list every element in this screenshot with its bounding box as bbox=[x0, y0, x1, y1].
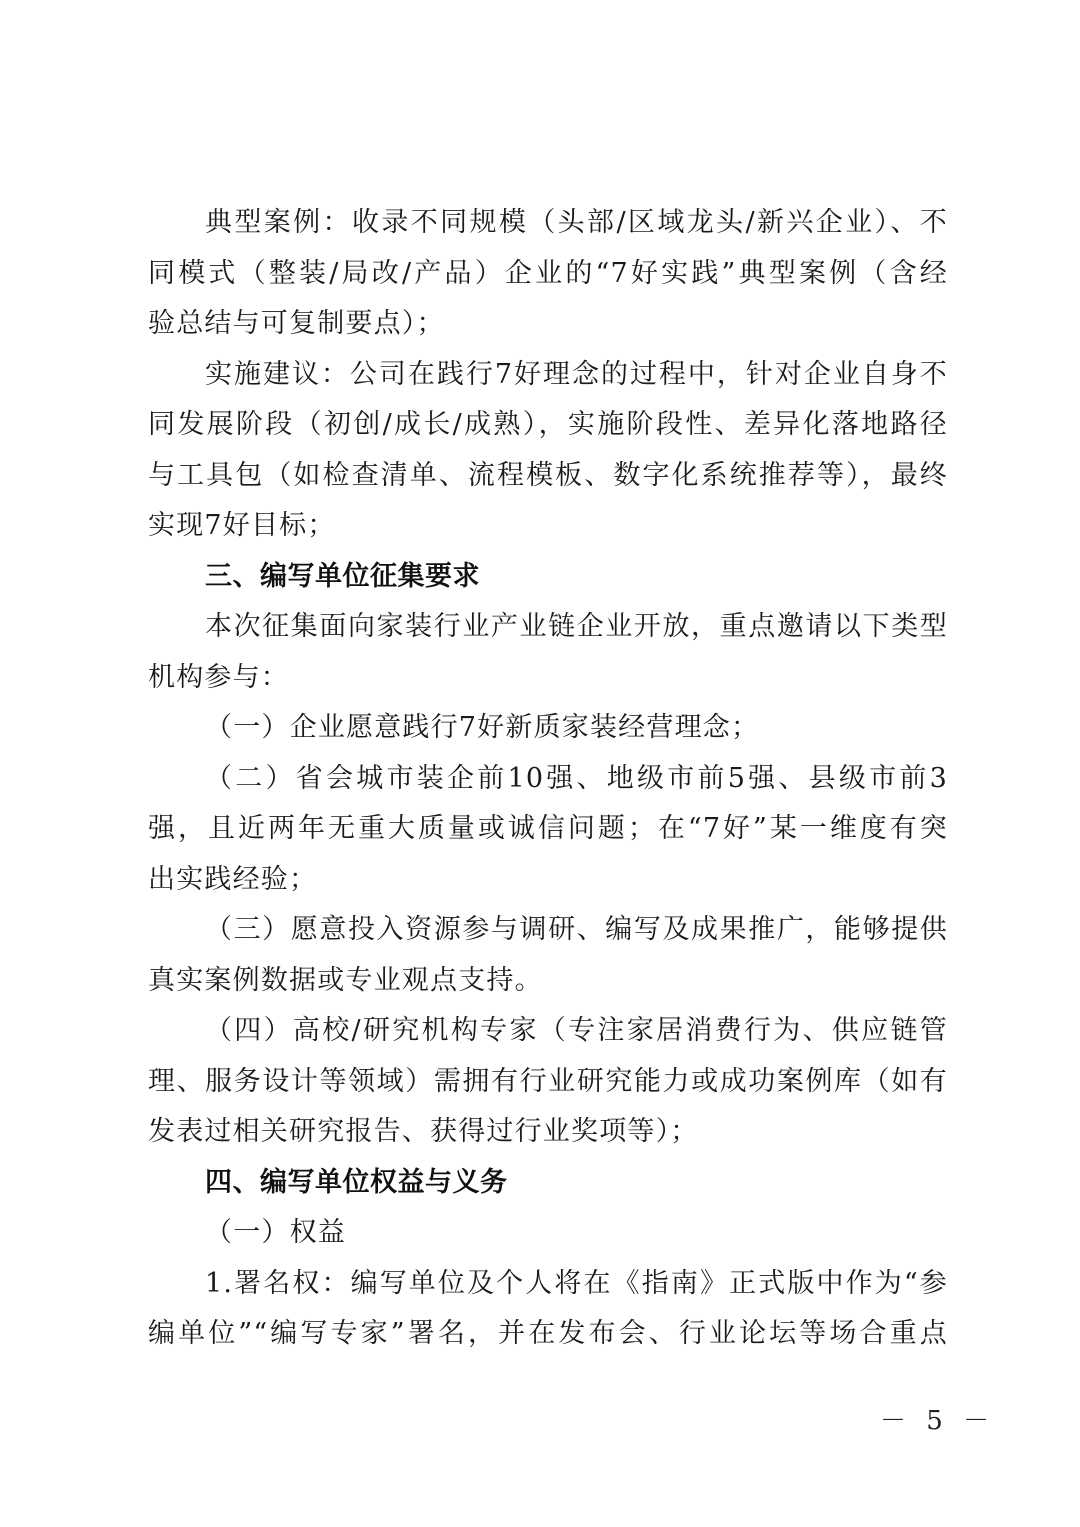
text-line: 真实案例数据或专业观点支持。 bbox=[148, 956, 948, 1007]
text-line: 强，且近两年无重大质量或诚信问题；在“7好”某一维度有突 bbox=[148, 804, 948, 855]
paragraph-implementation-advice: 实施建议：公司在践行7好理念的过程中，针对企业自身不 同发展阶段（初创/成长/成… bbox=[148, 350, 948, 552]
text-line: 验总结与可复制要点）； bbox=[148, 299, 948, 350]
requirement-item-3: （三）愿意投入资源参与调研、编写及成果推广，能够提供 真实案例数据或专业观点支持… bbox=[148, 905, 948, 1006]
text-line: 实现7好目标； bbox=[148, 501, 948, 552]
text-line: 本次征集面向家装行业产业链企业开放，重点邀请以下类型 bbox=[148, 602, 948, 653]
text-line: 典型案例：收录不同规模（头部/区域龙头/新兴企业）、不 bbox=[148, 198, 948, 249]
requirement-item-4: （四）高校/研究机构专家（专注家居消费行为、供应链管 理、服务设计等领域）需拥有… bbox=[148, 1006, 948, 1158]
document-page: 典型案例：收录不同规模（头部/区域龙头/新兴企业）、不 同模式（整装/局改/产品… bbox=[148, 198, 948, 1360]
text-line: 与工具包（如检查清单、流程模板、数字化系统推荐等），最终 bbox=[148, 451, 948, 502]
text-line: 机构参与： bbox=[148, 653, 948, 704]
text-line: 1.署名权：编写单位及个人将在《指南》正式版中作为“参 bbox=[148, 1259, 948, 1310]
text-line: （二）省会城市装企前10强、地级市前5强、县级市前3 bbox=[148, 754, 948, 805]
text-line: 理、服务设计等领域）需拥有行业研究能力或成功案例库（如有 bbox=[148, 1057, 948, 1108]
text-line: 同模式（整装/局改/产品）企业的“7好实践”典型案例（含经 bbox=[148, 249, 948, 300]
paragraph-attribution-right: 1.署名权：编写单位及个人将在《指南》正式版中作为“参 编单位”“编写专家”署名… bbox=[148, 1259, 948, 1360]
text-line: 出实践经验； bbox=[148, 855, 948, 906]
paragraph-typical-cases: 典型案例：收录不同规模（头部/区域龙头/新兴企业）、不 同模式（整装/局改/产品… bbox=[148, 198, 948, 350]
page-number: － 5 － bbox=[880, 1400, 995, 1437]
text-line: （四）高校/研究机构专家（专注家居消费行为、供应链管 bbox=[148, 1006, 948, 1057]
text-line: 发表过相关研究报告、获得过行业奖项等）； bbox=[148, 1107, 948, 1158]
text-line: （三）愿意投入资源参与调研、编写及成果推广，能够提供 bbox=[148, 905, 948, 956]
requirement-item-1: （一）企业愿意践行7好新质家装经营理念； bbox=[148, 703, 948, 754]
section-heading-4: 四、编写单位权益与义务 bbox=[148, 1158, 948, 1209]
text-line: 实施建议：公司在践行7好理念的过程中，针对企业自身不 bbox=[148, 350, 948, 401]
requirement-item-2: （二）省会城市装企前10强、地级市前5强、县级市前3 强，且近两年无重大质量或诚… bbox=[148, 754, 948, 906]
text-line: 同发展阶段（初创/成长/成熟），实施阶段性、差异化落地路径 bbox=[148, 400, 948, 451]
section-heading-3: 三、编写单位征集要求 bbox=[148, 552, 948, 603]
text-line: 编单位”“编写专家”署名，并在发布会、行业论坛等场合重点 bbox=[148, 1309, 948, 1360]
paragraph-call-scope: 本次征集面向家装行业产业链企业开放，重点邀请以下类型 机构参与： bbox=[148, 602, 948, 703]
subheading-rights: （一）权益 bbox=[148, 1208, 948, 1259]
